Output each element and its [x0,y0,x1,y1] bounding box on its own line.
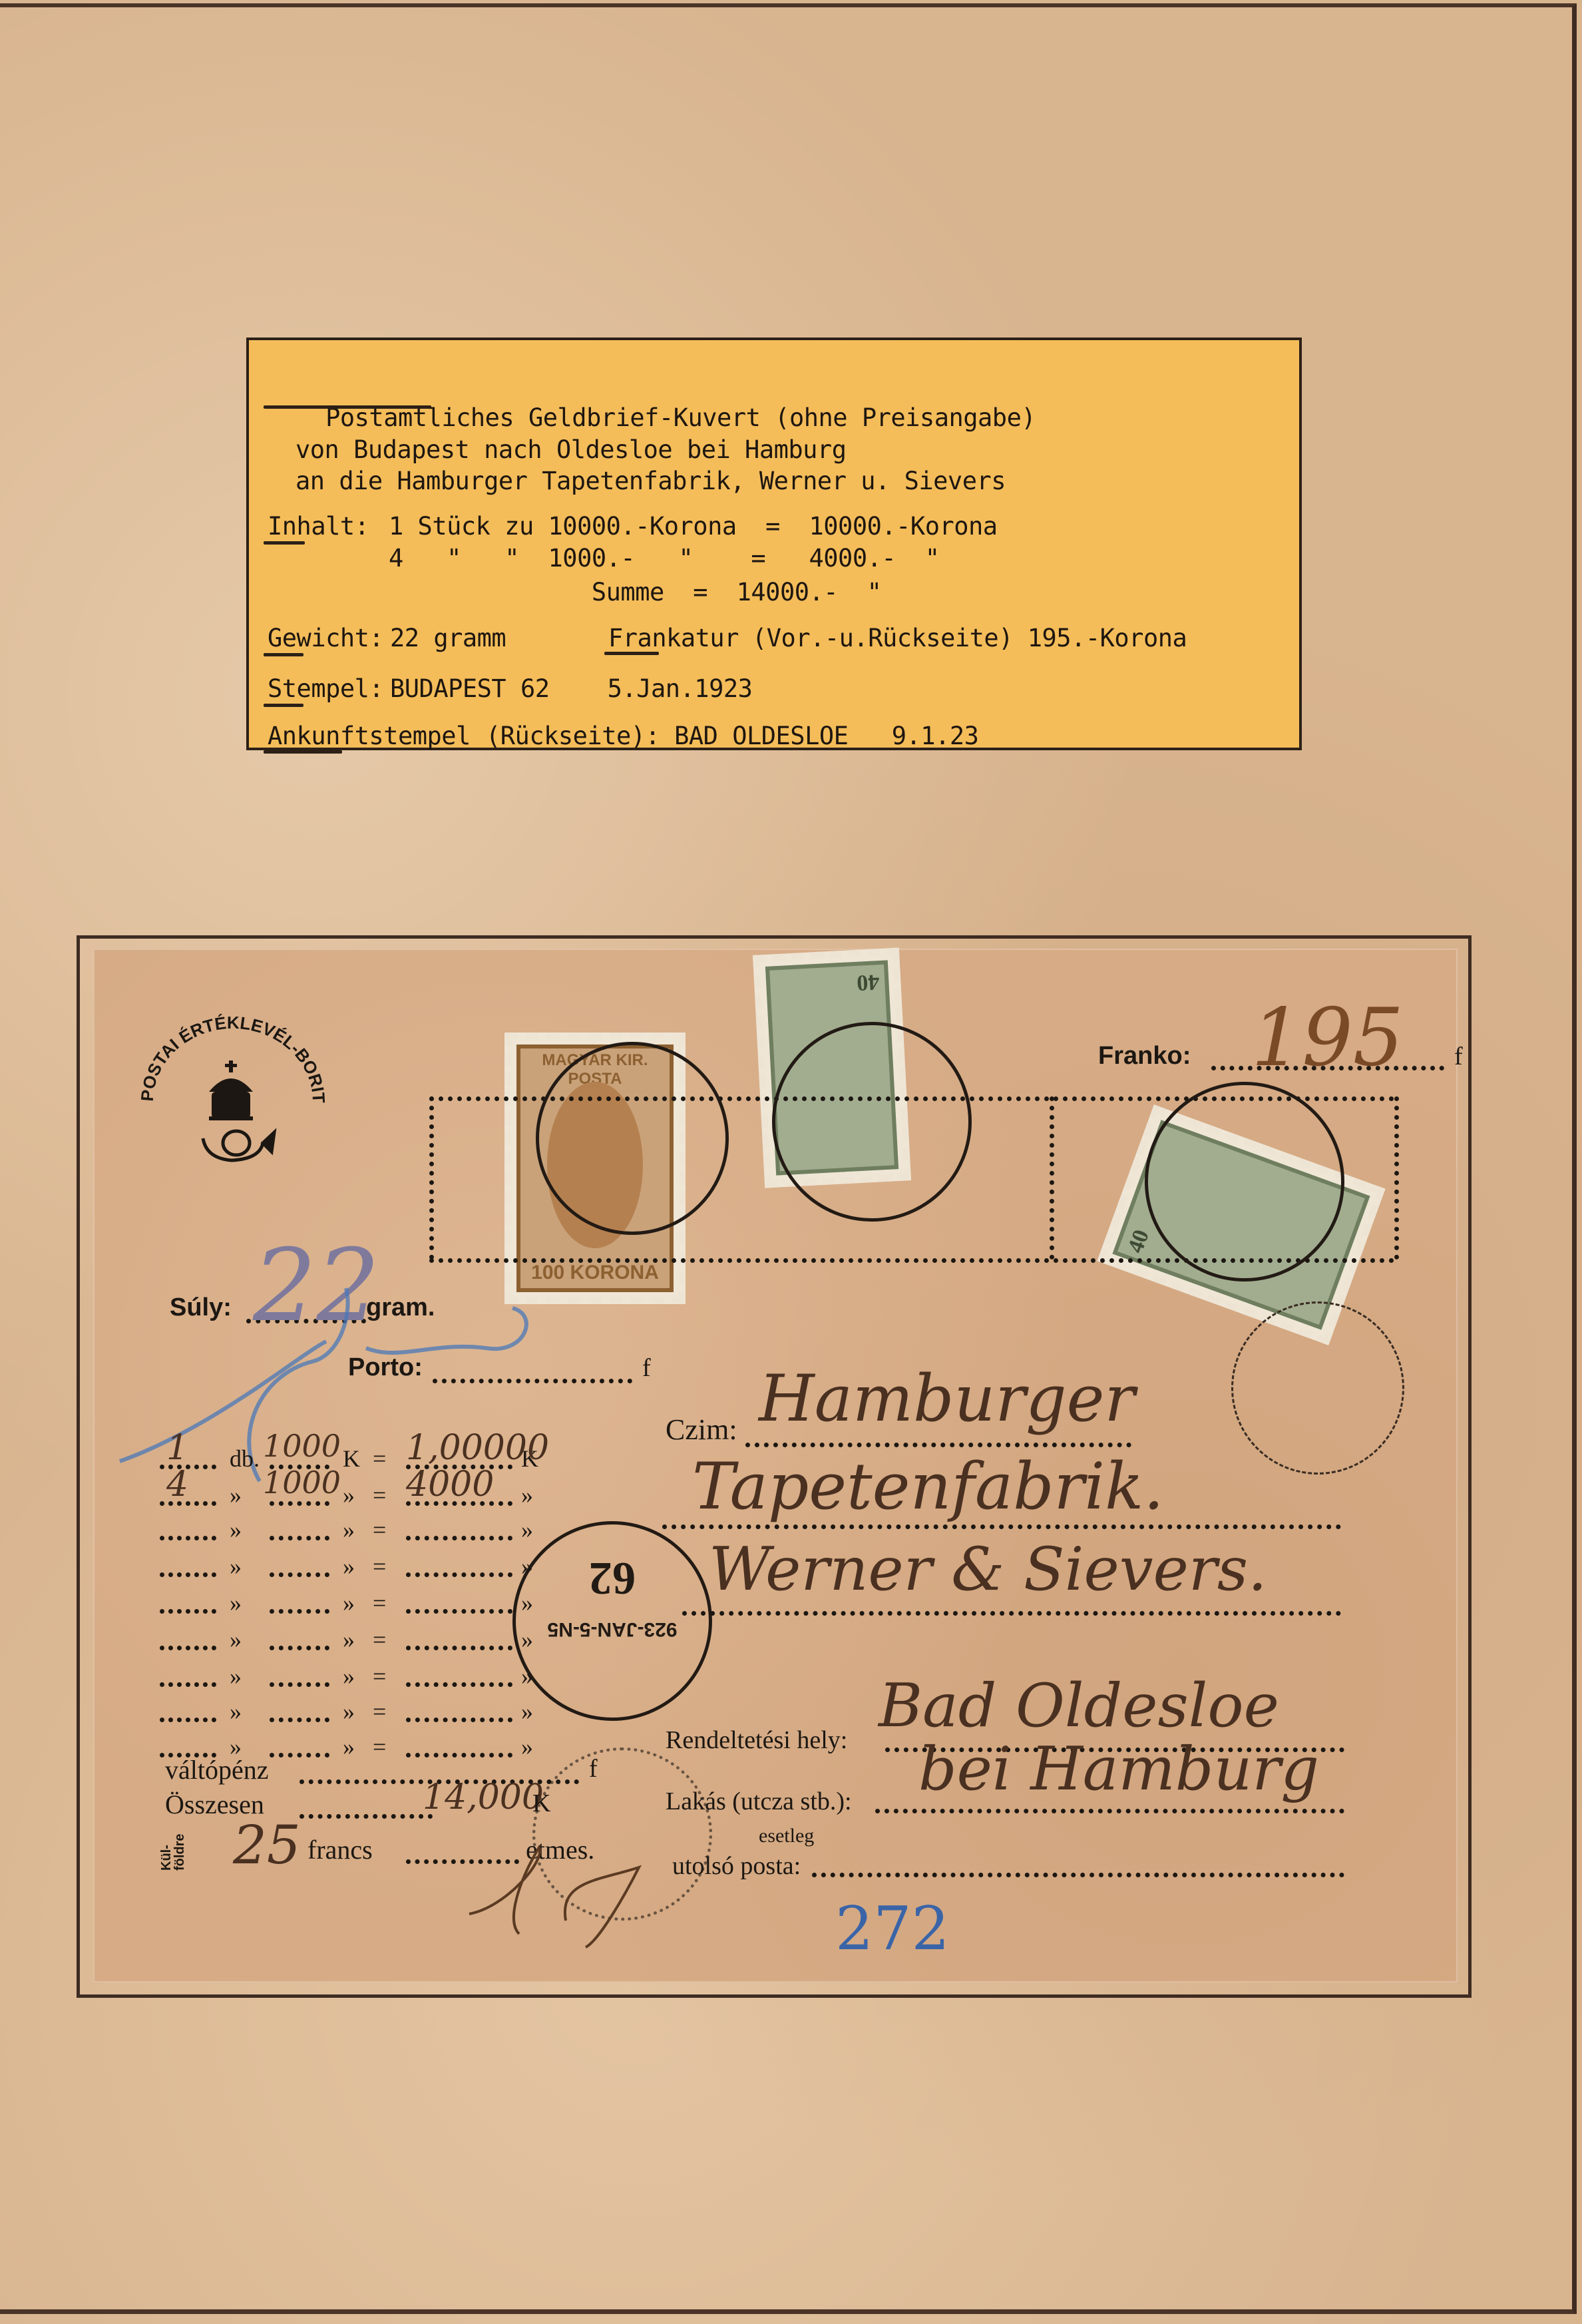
gewicht-underline [264,653,303,656]
row-equals: = [373,1733,386,1761]
row-label: » [230,1733,242,1761]
postmark-3 [1145,1082,1344,1281]
stamp-box-mid-dots [1050,1096,1054,1260]
row-label: » [230,1552,242,1580]
frankatur-label: Frankatur [608,624,739,652]
posthorn-icon [203,1131,274,1160]
francs-label: francs [307,1834,373,1865]
row-label: » [230,1662,242,1690]
crown-icon [209,1060,253,1120]
franko-label: Franko: [1098,1042,1191,1070]
row-dots-total [406,1536,512,1540]
row-dots-denom [270,1682,329,1687]
row-dots-denom [270,1501,329,1506]
row-dots-count [160,1572,216,1577]
row-equals: = [373,1698,386,1726]
ankunft-label: Ankunftstempel [268,722,471,750]
row-dots-count [160,1682,216,1687]
row-unit: » [343,1552,355,1580]
row-dots-total [406,1718,512,1722]
address-line-2-dots [662,1524,1341,1529]
row-unit: » [343,1481,355,1509]
kulfoldre-handwritten: 25 [233,1814,301,1876]
utolso-posta-dots [812,1873,1344,1877]
row-count-handwritten: 1 [166,1428,188,1468]
row-total-unit: » [521,1662,533,1690]
inhalt-label: Inhalt: [268,512,369,541]
row-total-unit: » [521,1552,533,1580]
address-line-1: Hamburger [759,1361,1135,1436]
row-dots-total [406,1572,512,1577]
row-total-handwritten: 1,00000 [406,1428,549,1468]
row-total-handwritten: 4000 [406,1465,494,1505]
frankatur-underline [604,652,659,655]
route-line-1: von Budapest nach Oldesloe bei Hamburg [296,435,846,464]
row-unit: » [343,1626,355,1654]
row-equals: = [373,1589,386,1617]
valtopenz-label: váltópénz [165,1754,269,1785]
rendeltetesi-label: Rendeltetési hely: [666,1726,847,1755]
row-label: » [230,1698,242,1726]
row-dots-count [160,1718,216,1722]
postal-logo: POSTAI ÉRTÉKLEVÉL-BORITÉK [126,1002,339,1168]
kulfoldre-label: Kül-földre [160,1844,186,1871]
empty-seal-circle [1231,1301,1404,1475]
address-line-3: Werner & Sievers. [709,1534,1267,1604]
gewicht-value: 22 gramm [390,624,506,652]
utolso-posta-label: utolsó posta: [672,1851,801,1881]
porto-unit: f [642,1353,651,1383]
row-label: db. [230,1445,260,1473]
osszesen-unit: K [532,1789,550,1818]
destination-line-2: bei Hamburg [918,1734,1319,1804]
inhalt-underline [264,541,305,545]
franko-unit: f [1454,1042,1463,1071]
stempel-label: Stempel: [268,674,383,703]
row-total-unit: » [521,1589,533,1617]
description-label: Postamtliches Geldbrief-Kuvert (ohne Pre… [246,338,1302,750]
frankatur-value: (Vor.-u.Rückseite) 195.-Korona [752,624,1187,652]
esetleg-label: esetleg [759,1825,814,1847]
row-unit: » [343,1662,355,1690]
osszesen-handwritten: 14,000 [423,1777,544,1817]
row-label: » [230,1589,242,1617]
row-denom-handwritten: 1000 [263,1465,341,1501]
row-denom-handwritten: 1000 [263,1428,341,1464]
row-count-handwritten: 4 [166,1465,188,1505]
stempel-underline [264,704,303,707]
envelope: POSTAI ÉRTÉKLEVÉL-BORITÉK MAGYAR KIR. PO… [93,949,1458,1982]
row-total-unit: » [521,1481,533,1509]
row-unit: » [343,1698,355,1726]
blue-registry-number: 272 [835,1894,950,1964]
address-line-1-dots [745,1443,1131,1447]
stamp-box-left-dots [429,1096,434,1260]
row-label: » [230,1481,242,1509]
row-equals: = [373,1662,386,1690]
row-dots-count [160,1609,216,1614]
postmark-1 [536,1042,729,1235]
row-unit: » [343,1733,355,1761]
row-total-unit: » [521,1626,533,1654]
row-dots-denom [270,1536,329,1540]
row-total-unit: » [521,1516,533,1544]
route-line-2: an die Hamburger Tapetenfabrik, Werner u… [296,467,1006,495]
row-dots-total [406,1753,512,1757]
row-label: » [230,1516,242,1544]
row-dots-total [406,1609,512,1614]
osszesen-dots [299,1814,433,1819]
destination-line-1: Bad Oldesloe [879,1671,1279,1741]
ankunft-underline [264,750,342,754]
row-equals: = [373,1445,386,1473]
ankunft-value: (Rückseite): BAD OLDESLOE 9.1.23 [486,722,978,750]
row-dots-count [160,1753,216,1757]
inhalt-row-1: 1 Stück zu 10000.-Korona = 10000.-Korona [389,512,998,541]
stempel-value: BUDAPEST 62 5.Jan.1923 [390,674,752,703]
inhalt-row-2: 4 " " 1000.- " = 4000.- " [389,544,939,573]
row-dots-count [160,1646,216,1650]
signature [466,1841,652,1954]
title-underline [264,405,431,409]
gewicht-label: Gewicht: [268,624,383,652]
row-dots-denom [270,1609,329,1614]
franko-handwritten: 195 [1251,992,1404,1084]
row-dots-denom [270,1572,329,1577]
row-unit: K [343,1445,360,1473]
row-total-unit: » [521,1698,533,1726]
row-dots-count [160,1536,216,1540]
lakas-dots [875,1809,1344,1813]
row-equals: = [373,1626,386,1654]
row-dots-denom [270,1646,329,1650]
row-dots-denom [270,1753,329,1757]
row-label: » [230,1626,242,1654]
postmark-4: 62 923-JAN-5-N5 [512,1521,712,1721]
inhalt-row-3: Summe = 14000.- " [389,578,881,606]
row-equals: = [373,1516,386,1544]
stamp-box-right-dots [1394,1096,1399,1260]
lakas-label: Lakás (utcza stb.): [666,1787,852,1816]
row-unit: » [343,1516,355,1544]
address-line-2: Tapetenfabrik. [692,1449,1164,1524]
row-equals: = [373,1552,386,1580]
row-dots-total [406,1682,512,1687]
postmark-2 [772,1022,972,1222]
row-dots-denom [270,1718,329,1722]
valtopenz-unit: f [589,1754,598,1783]
address-line-3-dots [682,1611,1341,1616]
row-dots-total [406,1646,512,1650]
row-equals: = [373,1481,386,1509]
czim-label: Czim: [666,1413,737,1447]
row-total-unit: » [521,1733,533,1761]
row-unit: » [343,1589,355,1617]
